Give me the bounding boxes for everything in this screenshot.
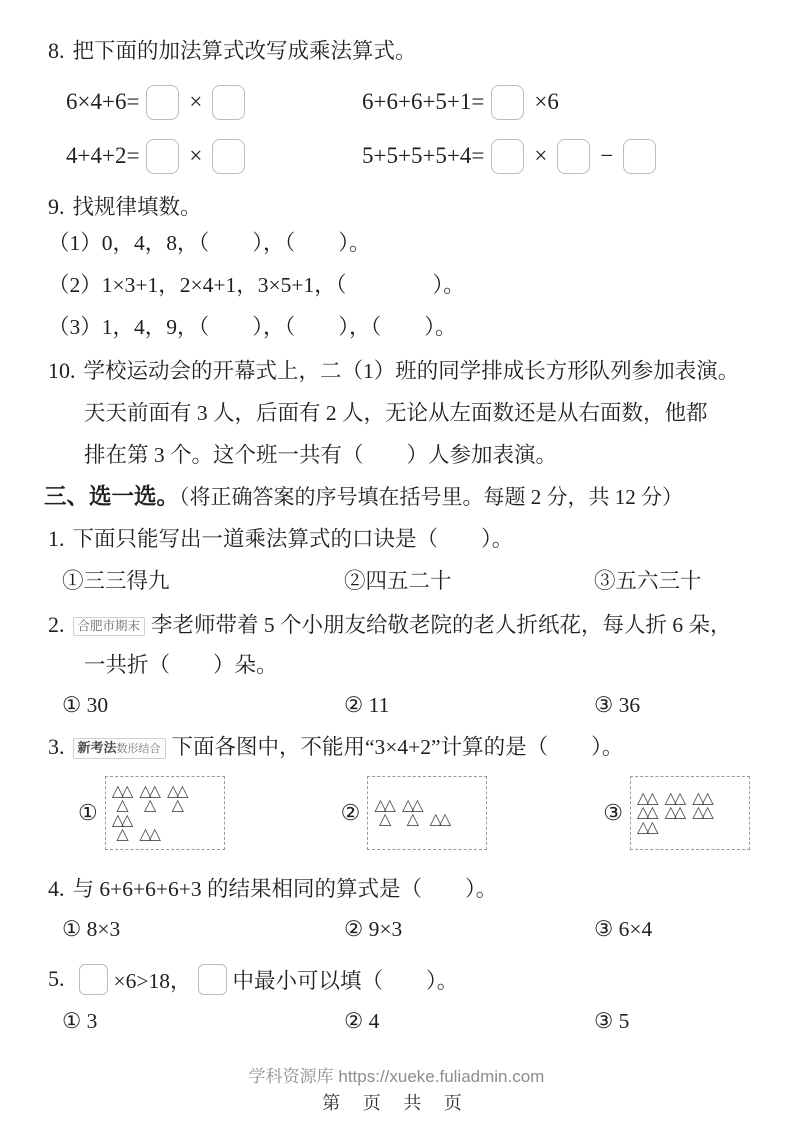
sec3-q1-options: ①三三得九 ②四五二十 ③五六三十 <box>62 566 749 596</box>
q8-eq1-times: × <box>189 89 202 115</box>
triangle-row: △△△△△△△△△ <box>115 785 215 813</box>
sec3-q1-line: 1.下面只能写出一道乘法算式的口诀是（ ）。 <box>48 524 749 554</box>
sec3-q2-number: 2. <box>48 612 65 637</box>
triangle-cluster: △△△ <box>377 799 393 827</box>
q8-eq-1: 6×4+6= × <box>66 85 362 120</box>
q9-item-3: （3）1，4，9，（ ），（ ），（ ）。 <box>48 312 749 342</box>
section3-number: 三、 <box>44 484 89 509</box>
sec3-q2-text2: 一共折（ ）朵。 <box>84 653 278 677</box>
answer-box[interactable] <box>491 85 524 120</box>
answer-box[interactable] <box>212 85 245 120</box>
q8-eq2-expr: 6+6+6+5+1= <box>362 89 484 115</box>
q9-item-1: （1）0，4，8，（ ），（ ）。 <box>48 228 749 258</box>
worksheet-page: 8.把下面的加法算式改写成乘法算式。 6×4+6= × 6+6+6+5+1= ×… <box>0 0 793 1122</box>
q9-item-2: （2）1×3+1，2×4+1，3×5+1，（ ）。 <box>48 270 749 300</box>
q3-figures: ①△△△△△△△△△△△△△△②△△△△△△△△③△△△△△△△△△△△△△△ <box>78 770 750 856</box>
new-method-tag: 新考法数形结合 <box>73 738 166 759</box>
option-1[interactable]: ① 8×3 <box>62 914 344 944</box>
q9-title-line: 9.找规律填数。 <box>48 192 749 222</box>
q9-item1-label: （1） <box>48 231 102 255</box>
q10-line2: 天天前面有 3 人，后面有 2 人，无论从左面数还是从右面数，他都 <box>84 398 749 428</box>
q10-number: 10. <box>48 358 76 383</box>
triangle-cluster: △△ <box>640 821 656 835</box>
q8-eq2-suffix: ×6 <box>534 89 558 115</box>
q8-eq3-times: × <box>189 143 202 169</box>
q8-eq1-expr: 6×4+6= <box>66 89 139 115</box>
q8-eq4-times: × <box>534 143 547 169</box>
triangle-group-box: △△△△△△△△ <box>367 776 487 850</box>
sec3-q2-line1: 2.合肥市期末李老师带着 5 个小朋友给敬老院的老人折纸花，每人折 6 朵， <box>48 610 749 640</box>
sec3-q2-line2: 一共折（ ）朵。 <box>84 650 749 680</box>
page-footer: 学科资源库 https://xueke.fuliadmin.com 第 页 共 … <box>0 1062 793 1115</box>
option-2[interactable]: ② 9×3 <box>344 914 594 944</box>
triangle-group-box: △△△△△△△△△△△△△△ <box>105 776 225 850</box>
sec3-q1-text: 下面只能写出一道乘法算式的口诀是（ ）。 <box>73 527 514 551</box>
option-2[interactable]: ② 4 <box>344 1006 594 1036</box>
section3-header: 三、选一选。（将正确答案的序号填在括号里。每题 2 分，共 12 分） <box>44 482 749 512</box>
new-method-tag-main: 新考法 <box>78 740 117 755</box>
answer-box[interactable] <box>557 139 590 174</box>
triangle-cluster: △△△△ <box>695 792 711 820</box>
q9-item2-text: 1×3+1，2×4+1，3×5+1，（ ）。 <box>102 273 465 297</box>
new-method-tag-sub: 数形结合 <box>117 743 161 755</box>
triangle-group-box: △△△△△△△△△△△△△△ <box>630 776 750 850</box>
answer-box[interactable] <box>212 139 245 174</box>
answer-box[interactable] <box>79 964 108 995</box>
option-3[interactable]: ③ 6×4 <box>594 914 749 944</box>
q10-line3: 排在第 3 个。这个班一共有（ ）人参加表演。 <box>84 440 749 470</box>
sec3-q5-number: 5. <box>48 966 65 992</box>
sec3-q2-options: ① 30 ② 11 ③ 36 <box>62 690 749 720</box>
q9-number: 9. <box>48 194 65 219</box>
answer-box[interactable] <box>198 964 227 995</box>
sec3-q5-line: 5. ×6>18， 中最小可以填（ ）。 <box>44 960 749 998</box>
answer-box[interactable] <box>146 139 179 174</box>
q10-line1: 10.学校运动会的开幕式上，二（1）班的同学排成长方形队列参加表演。 <box>48 356 749 386</box>
q10-text-1: 学校运动会的开幕式上，二（1）班的同学排成长方形队列参加表演。 <box>84 359 740 383</box>
triangle-row: △△△△△△△△△△△△ <box>640 792 740 820</box>
option-2[interactable]: ② 11 <box>344 690 594 720</box>
sec3-q3-text: 下面各图中，不能用“3×4+2”计算的是（ ）。 <box>172 735 624 759</box>
figure-label: ① <box>78 800 98 826</box>
q8-eq-4: 5+5+5+5+4= × − <box>362 139 663 174</box>
q9-item1-text: 0，4，8，（ ），（ ）。 <box>102 231 371 255</box>
q8-title-text: 把下面的加法算式改写成乘法算式。 <box>73 39 417 63</box>
q8-eq3-expr: 4+4+2= <box>66 143 139 169</box>
triangle-cluster: △△ <box>433 813 449 827</box>
footer-page-label: 第 页 共 页 <box>0 1089 793 1115</box>
triangle-cluster: △△△ <box>170 785 186 813</box>
triangle-figure: ①△△△△△△△△△△△△△△ <box>78 776 225 850</box>
footer-link[interactable]: 学科资源库 https://xueke.fuliadmin.com <box>0 1062 793 1087</box>
figure-label: ③ <box>603 800 623 826</box>
q8-eq4-expr: 5+5+5+5+4= <box>362 143 484 169</box>
option-3[interactable]: ③ 36 <box>594 690 749 720</box>
exam-source-tag: 合肥市期末 <box>73 617 146 636</box>
sec3-q5-seg1: ×6>18， <box>114 964 192 995</box>
triangle-cluster: △△△ <box>405 799 421 827</box>
sec3-q4-options: ① 8×3 ② 9×3 ③ 6×4 <box>62 914 749 944</box>
sec3-q4-line: 4.与 6+6+6+6+3 的结果相同的算式是（ ）。 <box>48 874 749 904</box>
option-1[interactable]: ①三三得九 <box>62 566 344 596</box>
triangle-figure: ③△△△△△△△△△△△△△△ <box>603 776 750 850</box>
option-2[interactable]: ②四五二十 <box>344 566 594 596</box>
triangle-cluster: △△△ <box>115 814 131 842</box>
q8-row1: 6×4+6= × 6+6+6+5+1= ×6 <box>44 82 749 122</box>
q8-eq-2: 6+6+6+5+1= ×6 <box>362 85 562 120</box>
sec3-q4-text: 与 6+6+6+6+3 的结果相同的算式是（ ）。 <box>73 877 498 901</box>
q9-title-text: 找规律填数。 <box>73 195 202 219</box>
triangle-cluster: △△△△ <box>668 792 684 820</box>
q9-item2-label: （2） <box>48 273 102 297</box>
q10-text-3: 排在第 3 个。这个班一共有（ ）人参加表演。 <box>84 443 557 467</box>
option-3[interactable]: ③ 5 <box>594 1006 749 1036</box>
q8-row2: 4+4+2= × 5+5+5+5+4= × − <box>44 136 749 176</box>
triangle-cluster: △△△ <box>142 785 158 813</box>
q10-text-2: 天天前面有 3 人，后面有 2 人，无论从左面数还是从右面数，他都 <box>84 401 708 425</box>
triangle-row: △△△△△△△△ <box>377 799 477 827</box>
sec3-q2-text1: 李老师带着 5 个小朋友给敬老院的老人折纸花，每人折 6 朵， <box>151 613 732 637</box>
q8-eq4-minus: − <box>600 143 613 169</box>
triangle-row: △△△△△ <box>115 814 215 842</box>
sec3-q3-line: 3.新考法数形结合下面各图中，不能用“3×4+2”计算的是（ ）。 <box>48 732 749 762</box>
section3-subtitle: （将正确答案的序号填在括号里。每题 2 分，共 12 分） <box>179 485 683 509</box>
section3-title: 选一选。 <box>89 484 179 509</box>
sec3-q5-options: ① 3 ② 4 ③ 5 <box>62 1006 749 1036</box>
triangle-cluster: △△ <box>142 828 158 842</box>
sec3-q4-number: 4. <box>48 876 65 901</box>
option-3[interactable]: ③五六三十 <box>594 566 749 596</box>
q8-title-line: 8.把下面的加法算式改写成乘法算式。 <box>48 36 749 66</box>
triangle-cluster: △△△ <box>115 785 131 813</box>
answer-box[interactable] <box>146 85 179 120</box>
sec3-q3-number: 3. <box>48 734 65 759</box>
triangle-figure: ②△△△△△△△△ <box>341 776 488 850</box>
sec3-q5-eq: 5. ×6>18， 中最小可以填（ ）。 <box>48 964 458 995</box>
option-1[interactable]: ① 30 <box>62 690 344 720</box>
triangle-row: △△ <box>640 821 740 835</box>
answer-box[interactable] <box>491 139 524 174</box>
q8-number: 8. <box>48 38 65 63</box>
figure-label: ② <box>341 800 361 826</box>
answer-box[interactable] <box>623 139 656 174</box>
sec3-q1-number: 1. <box>48 526 65 551</box>
q9-item3-text: 1，4，9，（ ），（ ），（ ）。 <box>102 315 457 339</box>
option-1[interactable]: ① 3 <box>62 1006 344 1036</box>
q9-item3-label: （3） <box>48 315 102 339</box>
sec3-q5-seg2: 中最小可以填（ ）。 <box>233 964 459 995</box>
triangle-cluster: △△△△ <box>640 792 656 820</box>
q8-eq-3: 4+4+2= × <box>66 139 362 174</box>
